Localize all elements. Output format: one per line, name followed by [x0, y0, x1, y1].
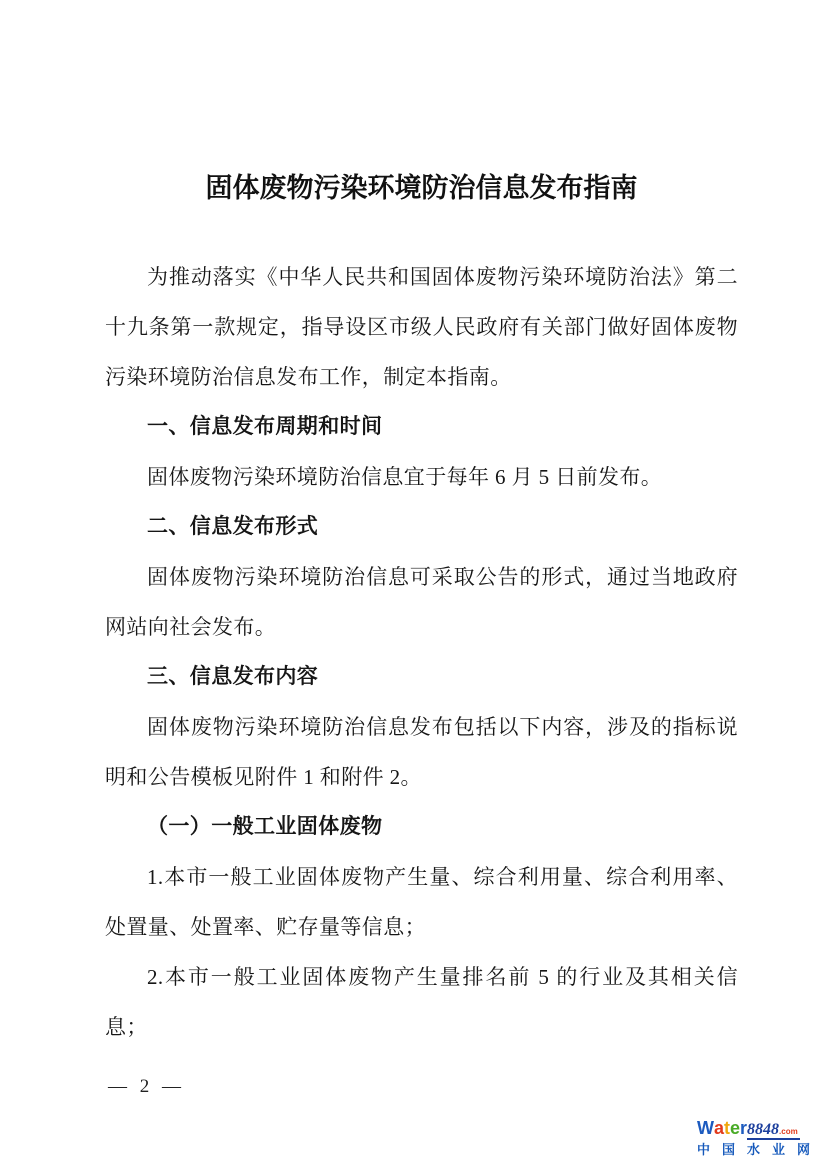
brand-number: 8848	[747, 1121, 779, 1138]
site-name: 中国水业网	[697, 1143, 817, 1156]
document-title: 固体废物污染环境防治信息发布指南	[105, 170, 738, 206]
list-item: 2.本市一般工业固体废物产生量排名前 5 的行业及其相关信息；	[105, 952, 738, 1052]
paragraph: 固体废物污染环境防治信息发布包括以下内容，涉及的指标说明和公告模板见附件 1 和…	[105, 702, 738, 802]
brand-suffix: 8848.com	[747, 1119, 800, 1140]
brand-letter: a	[714, 1119, 724, 1137]
paragraph: 固体废物污染环境防治信息宜于每年 6 月 5 日前发布。	[105, 452, 738, 502]
section-heading: 一、信息发布周期和时间	[105, 402, 738, 452]
brand-letter: r	[740, 1119, 747, 1137]
document-body: 固体废物污染环境防治信息发布指南 为推动落实《中华人民共和国固体废物污染环境防治…	[105, 0, 738, 1052]
water8848-wordmark: Water8848.com	[697, 1119, 817, 1140]
page-number: — 2 —	[108, 1076, 185, 1098]
section-heading: 二、信息发布形式	[105, 502, 738, 552]
sub-heading: （一）一般工业固体废物	[105, 802, 738, 852]
section-heading: 三、信息发布内容	[105, 652, 738, 702]
brand-letter: e	[730, 1119, 740, 1137]
paragraph: 为推动落实《中华人民共和国固体废物污染环境防治法》第二十九条第一款规定，指导设区…	[105, 252, 738, 402]
brand-letter: W	[697, 1119, 714, 1137]
paragraph: 固体废物污染环境防治信息可采取公告的形式，通过当地政府网站向社会发布。	[105, 552, 738, 652]
document-page: 固体废物污染环境防治信息发布指南 为推动落实《中华人民共和国固体废物污染环境防治…	[0, 0, 826, 1169]
water8848-logo: Water8848.com 中国水业网	[697, 1119, 817, 1156]
paragraph-block: 为推动落实《中华人民共和国固体废物污染环境防治法》第二十九条第一款规定，指导设区…	[105, 252, 738, 1052]
list-item: 1.本市一般工业固体废物产生量、综合利用量、综合利用率、处置量、处置率、贮存量等…	[105, 852, 738, 952]
brand-tld: .com	[779, 1127, 798, 1136]
